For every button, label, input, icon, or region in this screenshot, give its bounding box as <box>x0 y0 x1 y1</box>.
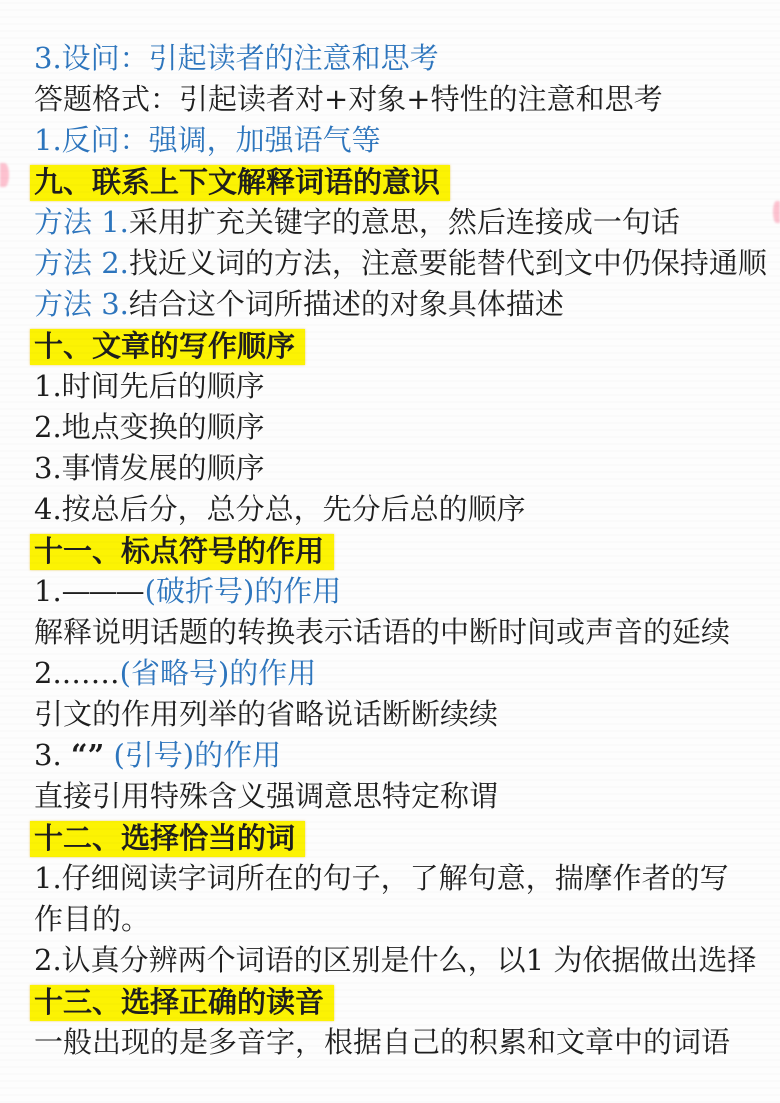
line-order-1: 1.时间先后的顺序 <box>34 366 760 407</box>
line-method-1: 方法 1.采用扩充关键字的意思，然后连接成一句话 <box>34 202 760 243</box>
line-order-2: 2.地点变换的顺序 <box>34 407 760 448</box>
heading-section-10: 十、文章的写作顺序 <box>34 325 760 366</box>
heading-highlight: 十二、选择恰当的词 <box>30 821 305 857</box>
line-ellipsis-usage: 2.……(省略号)的作用 <box>34 653 760 694</box>
heading-section-11: 十一、标点符号的作用 <box>34 530 760 571</box>
text-segment: 解释说明话题的转换表示话语的中断时间或声音的延续 <box>34 615 730 649</box>
text-segment: 3.设问：引起读者的注意和思考 <box>34 41 439 75</box>
text-segment: (省略号)的作用 <box>120 656 317 690</box>
line-quotes-explanation: 直接引用特殊含义强调意思特定称谓 <box>34 776 760 817</box>
text-segment: 引文的作用列举的省略说话断断续续 <box>34 697 498 731</box>
text-segment: 十三、选择正确的读音 <box>34 985 324 1019</box>
line-answer-format: 答题格式：引起读者对+对象+特性的注意和思考 <box>34 79 760 120</box>
text-segment: (引号)的作用 <box>104 738 281 772</box>
line-pronunciation-tip: 一般出现的是多音字，根据自己的积累和文章中的词语 <box>34 1022 760 1063</box>
text-segment: 4.按总后分，总分总，先分后总的顺序 <box>34 492 526 526</box>
text-segment: 1.反问：强调，加强语气等 <box>34 123 381 157</box>
text-segment: “” <box>71 738 104 772</box>
line-dash-explanation: 解释说明话题的转换表示话语的中断时间或声音的延续 <box>34 612 760 653</box>
text-segment: 方法 1. <box>34 205 129 239</box>
scan-smudge-left <box>0 163 9 187</box>
text-segment: 1. <box>34 574 62 608</box>
heading-highlight: 九、联系上下文解释词语的意识 <box>30 165 450 201</box>
scan-smudge-right <box>773 201 780 223</box>
document-page: 3.设问：引起读者的注意和思考答题格式：引起读者对+对象+特性的注意和思考1.反… <box>0 0 780 1103</box>
text-segment: 九、联系上下文解释词语的意识 <box>34 165 440 199</box>
text-segment: 3. <box>34 738 71 772</box>
text-segment: 方法 3. <box>34 287 129 321</box>
line-word-choice-1-cont: 作目的。 <box>34 899 760 940</box>
text-segment: 十一、标点符号的作用 <box>34 534 324 568</box>
text-segment: 2.地点变换的顺序 <box>34 410 265 444</box>
line-method-3: 方法 3.结合这个词所描述的对象具体描述 <box>34 284 760 325</box>
text-segment: 采用扩充关键字的意思，然后连接成一句话 <box>129 205 680 239</box>
line-word-choice-2: 2.认真分辨两个词语的区别是什么，以1 为依据做出选择 <box>34 940 760 981</box>
text-segment: 十、文章的写作顺序 <box>34 329 295 363</box>
document-lines: 3.设问：引起读者的注意和思考答题格式：引起读者对+对象+特性的注意和思考1.反… <box>34 38 760 1063</box>
line-ellipsis-explanation: 引文的作用列举的省略说话断断续续 <box>34 694 760 735</box>
heading-highlight: 十三、选择正确的读音 <box>30 985 334 1021</box>
text-segment: 一般出现的是多音字，根据自己的积累和文章中的词语 <box>34 1025 730 1059</box>
heading-highlight: 十、文章的写作顺序 <box>30 329 305 365</box>
line-dash-usage: 1.———(破折号)的作用 <box>34 571 760 612</box>
line-order-3: 3.事情发展的顺序 <box>34 448 760 489</box>
heading-section-13: 十三、选择正确的读音 <box>34 981 760 1022</box>
text-segment: 直接引用特殊含义强调意思特定称谓 <box>34 779 498 813</box>
text-segment: 1.时间先后的顺序 <box>34 369 265 403</box>
text-segment: 2.…… <box>34 656 120 690</box>
text-segment: 1.仔细阅读字词所在的句子，了解句意，揣摩作者的写 <box>34 861 729 895</box>
line-word-choice-1: 1.仔细阅读字词所在的句子，了解句意，揣摩作者的写 <box>34 858 760 899</box>
line-rhetoric-fanwen: 1.反问：强调，加强语气等 <box>34 120 760 161</box>
line-quotes-usage: 3. “” (引号)的作用 <box>34 735 760 776</box>
text-segment: 结合这个词所描述的对象具体描述 <box>129 287 564 321</box>
line-order-4: 4.按总后分，总分总，先分后总的顺序 <box>34 489 760 530</box>
heading-highlight: 十一、标点符号的作用 <box>30 534 334 570</box>
line-rhetoric-shewen: 3.设问：引起读者的注意和思考 <box>34 38 760 79</box>
text-segment: 方法 2. <box>34 246 129 280</box>
text-segment: 作目的。 <box>34 902 150 936</box>
text-segment: 十二、选择恰当的词 <box>34 821 295 855</box>
heading-section-12: 十二、选择恰当的词 <box>34 817 760 858</box>
text-segment: 答题格式：引起读者对+对象+特性的注意和思考 <box>34 82 663 116</box>
text-segment: (破折号)的作用 <box>145 574 342 608</box>
line-method-2: 方法 2.找近义词的方法，注意要能替代到文中仍保持通顺 <box>34 243 760 284</box>
text-segment: 3.事情发展的顺序 <box>34 451 265 485</box>
text-segment: ——— <box>62 574 143 608</box>
heading-section-9: 九、联系上下文解释词语的意识 <box>34 161 760 202</box>
text-segment: 2.认真分辨两个词语的区别是什么，以1 为依据做出选择 <box>34 943 756 977</box>
text-segment: 找近义词的方法，注意要能替代到文中仍保持通顺 <box>129 246 767 280</box>
